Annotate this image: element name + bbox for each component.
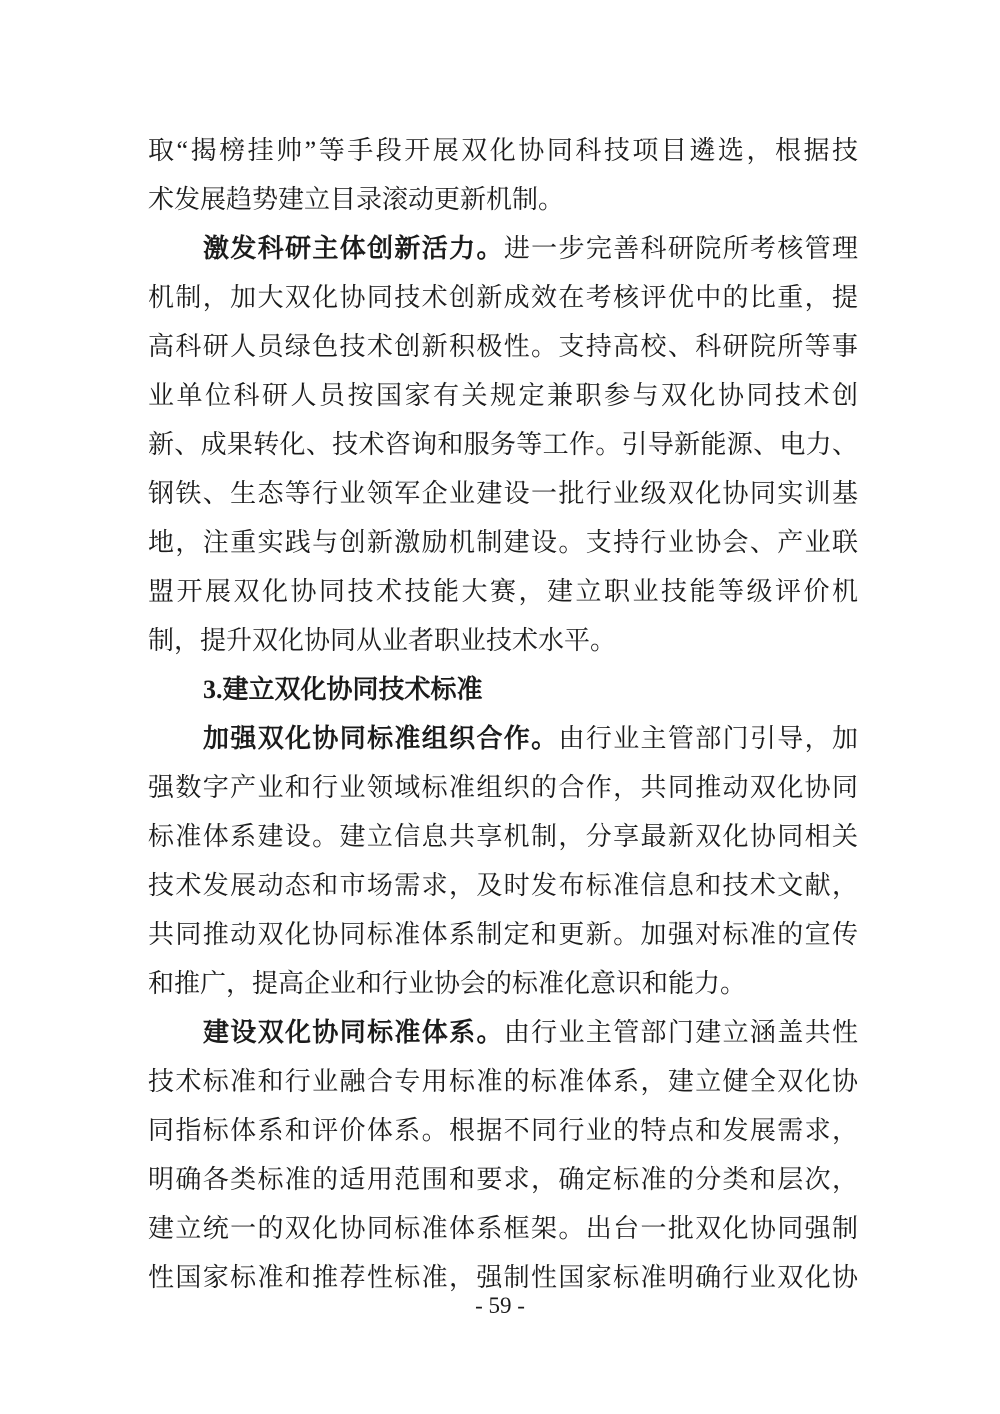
line-text: 钢铁、生态等行业领军企业建设一批行业级双化协同实训基 (148, 479, 858, 508)
bold-lead-text: 激发科研主体创新活力。 (203, 234, 504, 263)
text-line: 建设双化协同标准体系。由行业主管部门建立涵盖共性 (148, 1008, 858, 1057)
text-line: 明确各类标准的适用范围和要求，确定标准的分类和层次， (148, 1155, 858, 1204)
line-text: 建立统一的双化协同标准体系框架。出台一批双化协同强制 (148, 1214, 858, 1243)
text-line: 地，注重实践与创新激励机制建设。支持行业协会、产业联 (148, 518, 858, 567)
text-line: 共同推动双化协同标准体系制定和更新。加强对标准的宣传 (148, 910, 858, 959)
section-heading: 3.建立双化协同技术标准 (148, 665, 858, 714)
text-line: 建立统一的双化协同标准体系框架。出台一批双化协同强制 (148, 1204, 858, 1253)
text-line: 同指标体系和评价体系。根据不同行业的特点和发展需求， (148, 1106, 858, 1155)
text-line: 技术标准和行业融合专用标准的标准体系，建立健全双化协 (148, 1057, 858, 1106)
text-line: 术发展趋势建立目录滚动更新机制。 (148, 175, 858, 224)
line-text: 取“揭榜挂帅”等手段开展双化协同科技项目遴选，根据技 (148, 136, 858, 165)
text-line: 标准体系建设。建立信息共享机制，分享最新双化协同相关 (148, 812, 858, 861)
text-line: 制，提升双化协同从业者职业技术水平。 (148, 616, 858, 665)
text-line: 和推广，提高企业和行业协会的标准化意识和能力。 (148, 959, 858, 1008)
line-text: 业单位科研人员按国家有关规定兼职参与双化协同技术创 (148, 381, 858, 410)
line-text: 技术发展动态和市场需求，及时发布标准信息和技术文献， (148, 871, 858, 900)
page-number: - 59 - (0, 1293, 1000, 1319)
line-text: 地，注重实践与创新激励机制建设。支持行业协会、产业联 (148, 528, 858, 557)
line-text: 明确各类标准的适用范围和要求，确定标准的分类和层次， (148, 1165, 858, 1194)
line-text: 机制，加大双化协同技术创新成效在考核评优中的比重，提 (148, 283, 858, 312)
text-line: 业单位科研人员按国家有关规定兼职参与双化协同技术创 (148, 371, 858, 420)
line-text: 同指标体系和评价体系。根据不同行业的特点和发展需求， (148, 1116, 858, 1145)
text-line: 加强双化协同标准组织合作。由行业主管部门引导，加 (148, 714, 858, 763)
text-line: 盟开展双化协同技术技能大赛，建立职业技能等级评价机 (148, 567, 858, 616)
text-line: 技术发展动态和市场需求，及时发布标准信息和技术文献， (148, 861, 858, 910)
line-text: 新、成果转化、技术咨询和服务等工作。引导新能源、电力、 (148, 430, 858, 459)
bold-lead-text: 建设双化协同标准体系。 (203, 1018, 504, 1047)
line-text: 标准体系建设。建立信息共享机制，分享最新双化协同相关 (148, 822, 858, 851)
line-text: 强数字产业和行业领域标准组织的合作，共同推动双化协同 (148, 773, 858, 802)
line-text: 性国家标准和推荐性标准，强制性国家标准明确行业双化协 (148, 1263, 858, 1292)
text-line: 高科研人员绿色技术创新积极性。支持高校、科研院所等事 (148, 322, 858, 371)
text-line: 取“揭榜挂帅”等手段开展双化协同科技项目遴选，根据技 (148, 126, 858, 175)
line-text: 共同推动双化协同标准体系制定和更新。加强对标准的宣传 (148, 920, 858, 949)
text-line: 钢铁、生态等行业领军企业建设一批行业级双化协同实训基 (148, 469, 858, 518)
line-text: 由行业主管部门引导，加 (559, 724, 858, 753)
line-text: 和推广，提高企业和行业协会的标准化意识和能力。 (148, 969, 746, 998)
bold-lead-text: 3.建立双化协同技术标准 (203, 675, 483, 704)
document-lines: 取“揭榜挂帅”等手段开展双化协同科技项目遴选，根据技术发展趋势建立目录滚动更新机… (148, 126, 858, 1302)
text-line: 强数字产业和行业领域标准组织的合作，共同推动双化协同 (148, 763, 858, 812)
text-line: 新、成果转化、技术咨询和服务等工作。引导新能源、电力、 (148, 420, 858, 469)
document-page: 取“揭榜挂帅”等手段开展双化协同科技项目遴选，根据技术发展趋势建立目录滚动更新机… (0, 0, 1000, 1414)
bold-lead-text: 加强双化协同标准组织合作。 (203, 724, 559, 753)
line-text: 术发展趋势建立目录滚动更新机制。 (148, 185, 564, 214)
text-line: 机制，加大双化协同技术创新成效在考核评优中的比重，提 (148, 273, 858, 322)
line-text: 由行业主管部门建立涵盖共性 (504, 1018, 858, 1047)
line-text: 制，提升双化协同从业者职业技术水平。 (148, 626, 616, 655)
line-text: 盟开展双化协同技术技能大赛，建立职业技能等级评价机 (148, 577, 858, 606)
text-line: 激发科研主体创新活力。进一步完善科研院所考核管理 (148, 224, 858, 273)
line-text: 高科研人员绿色技术创新积极性。支持高校、科研院所等事 (148, 332, 858, 361)
line-text: 技术标准和行业融合专用标准的标准体系，建立健全双化协 (148, 1067, 858, 1096)
line-text: 进一步完善科研院所考核管理 (504, 234, 858, 263)
